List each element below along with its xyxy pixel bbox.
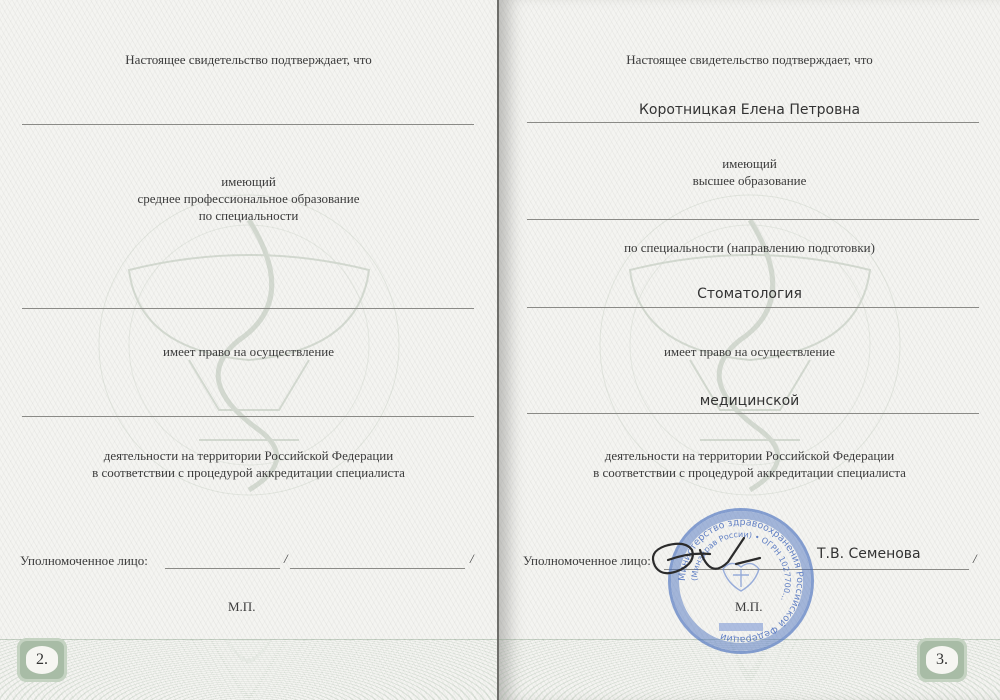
having-text: имеющий — [0, 173, 497, 190]
page-number: 2. — [26, 646, 58, 674]
full-name-rule — [22, 124, 474, 125]
seal-place-label: М.П. — [735, 599, 762, 615]
certifies-text: Настоящее свидетельство подтверждает, чт… — [499, 51, 1000, 68]
full-name-field: Коротницкая Елена Петровна — [499, 102, 1000, 118]
authorized-person-label: Уполномоченное лицо: — [523, 553, 651, 569]
education-rule — [527, 219, 979, 220]
activity-line-2: в соответствии с процедурой аккредитации… — [0, 464, 497, 481]
seal-place-label: М.П. — [228, 599, 255, 615]
activity-rule — [527, 413, 979, 414]
activity-rule — [22, 416, 474, 417]
having-text: имеющий — [499, 155, 1000, 172]
signer-name: Т.В. Семенова — [817, 546, 947, 562]
activity-field: медицинской — [499, 393, 1000, 409]
guilloche-footer — [0, 639, 497, 700]
education-text: среднее профессиональное образование — [0, 190, 497, 207]
end-slash: / — [470, 551, 474, 567]
specialty-rule — [22, 308, 474, 309]
page-number-badge: 3. — [917, 638, 967, 682]
page-number: 3. — [926, 646, 958, 674]
specialty-rule — [527, 307, 979, 308]
separator-slash: / — [284, 551, 288, 567]
right-to-text: имеет право на осуществление — [0, 343, 497, 360]
activity-line-1: деятельности на территории Российской Фе… — [499, 447, 1000, 464]
specialty-field: Стоматология — [499, 286, 1000, 302]
full-name-rule — [527, 122, 979, 123]
specialty-label: по специальности (направлению подготовки… — [499, 239, 1000, 256]
end-slash: / — [973, 551, 977, 567]
activity-line-1: деятельности на территории Российской Фе… — [0, 447, 497, 464]
certifies-text: Настоящее свидетельство подтверждает, чт… — [0, 51, 497, 68]
right-to-text: имеет право на осуществление — [499, 343, 1000, 360]
specialty-label: по специальности — [0, 207, 497, 224]
signature-rule — [165, 568, 280, 569]
activity-line-2: в соответствии с процедурой аккредитации… — [499, 464, 1000, 481]
coat-of-arms-icon: Министерство здравоохранения Российской … — [671, 511, 811, 651]
signer-name-rule — [290, 568, 465, 569]
education-text: высшее образование — [499, 172, 1000, 189]
authorized-person-label: Уполномоченное лицо: — [20, 553, 148, 569]
page-number-badge: 2. — [17, 638, 67, 682]
official-stamp: Министерство здравоохранения Российской … — [668, 508, 814, 654]
certificate-page-left: Настоящее свидетельство подтверждает, чт… — [0, 0, 498, 700]
